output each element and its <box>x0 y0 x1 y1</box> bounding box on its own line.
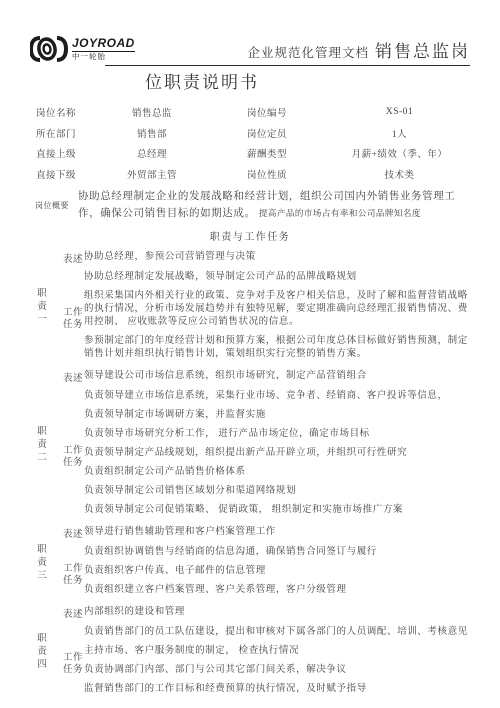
tasks-label: 工作 任务 <box>54 445 84 469</box>
table-row: 直接下级 外贸部主管 岗位性质 技术类 <box>30 164 470 185</box>
duty-number: 职 责 三 <box>30 523 54 603</box>
summary-label: 岗位概要 <box>30 189 78 222</box>
task-item: 负责领导市场研究分析工作， 进行产品市场定位，确定市场目标 <box>84 428 470 441</box>
page-title-part2: 位职责说明书 <box>145 68 470 93</box>
task-item: 负责组织客户传真、电子邮件的信息管理 <box>84 565 470 578</box>
field-label: 薪酬类型 <box>222 146 319 160</box>
duty-statement: 领导建设公司市场信息系统，组织市场研究，制定产品营销组合 <box>84 370 367 384</box>
brand-subtitle: 中一轮胎 <box>72 51 135 61</box>
duty-block-1: 职 责 一 表述 协助总经理，参预公司营销管理与决策 工作 任务 协助总经理制定… <box>30 248 470 367</box>
table-row: 直接上级 总经理 薪酬类型 月薪+绩效（季、年） <box>30 143 470 164</box>
duty-statement: 内部组织的建设和管理 <box>84 606 185 620</box>
task-item: 负责组织制定公司产品销售价格体系 <box>84 466 470 479</box>
position-info-table: 岗位名称 销售总监 岗位编号 XS-01 所在部门 销售部 岗位定员 1人 直接… <box>30 102 470 184</box>
task-item: 负责领导制定公司促销策略、 促销政策， 组织制定和实施市场推广方案 <box>84 504 470 517</box>
joyroad-logo-icon <box>30 36 68 62</box>
company-logo: JOYROAD 中一轮胎 <box>30 36 135 62</box>
duty-number: 职 责 一 <box>30 248 54 367</box>
statement-label: 表述 <box>54 526 84 540</box>
duty-number: 职 责 四 <box>30 603 54 702</box>
field-value: XS-01 <box>319 107 470 117</box>
task-item: 组织采集国内外相关行业的政策、竞争对手及客户相关信息，及时了解和监督营销战略的执… <box>84 290 470 329</box>
tasks-label: 工作 任务 <box>54 652 84 676</box>
field-label: 岗位定员 <box>222 126 319 140</box>
header-divider <box>105 65 470 66</box>
task-item: 协助总经理制定发展战略，领导制定公司产品的品牌战略规划 <box>84 271 470 284</box>
field-value: 外贸部主管 <box>82 167 222 181</box>
statement-label: 表述 <box>54 251 84 265</box>
field-value: 总经理 <box>82 146 222 160</box>
tasks-label: 工作 任务 <box>54 307 84 331</box>
document-header: JOYROAD 中一轮胎 企业规范化管理文档 销售总监岗 位职责说明书 <box>30 36 470 93</box>
task-item: 参预制定部门的年度经营计划和预算方案，根据公司年度总体目标做好销售预测，制定销售… <box>84 335 470 361</box>
task-item: 负责领导制定公司销售区域划分和渠道网络规划 <box>84 485 470 498</box>
field-label: 岗位性质 <box>222 167 319 181</box>
task-item: 负责领导制定产品线规划，组织提出新产品开辟立项，并组织可行性研究 <box>84 447 470 460</box>
brand-name: JOYROAD <box>72 37 135 49</box>
duty-number: 职 责 二 <box>30 367 54 523</box>
summary-note: 提高产品的市场占有率和公司品牌知名度 <box>259 208 421 218</box>
field-value: 1人 <box>319 126 470 140</box>
duty-block-3: 职 责 三 表述 领导进行销售辅助管理和客户档案管理工作 工作 任务 负责组织协… <box>30 523 470 603</box>
doc-type-label: 企业规范化管理文档 <box>247 43 369 61</box>
table-row: 岗位名称 销售总监 岗位编号 XS-01 <box>30 102 470 123</box>
field-label: 直接上级 <box>30 146 82 160</box>
duty-block-2: 职 责 二 表述 领导建设公司市场信息系统，组织市场研究，制定产品营销组合 工作… <box>30 367 470 523</box>
task-item: 负责组织建立客户档案管理、客户关系管理，客户分级管理 <box>84 584 470 597</box>
statement-label: 表述 <box>54 370 84 384</box>
duty-statement: 领导进行销售辅助管理和客户档案管理工作 <box>84 526 276 540</box>
field-value: 技术类 <box>319 167 470 181</box>
field-label: 所在部门 <box>30 126 82 140</box>
table-row: 所在部门 销售部 岗位定员 1人 <box>30 123 470 144</box>
task-item: 负责领导制定市场调研方案，并监督实施 <box>84 409 470 422</box>
task-item: 负责组织协调销售与经销商的信息沟通，确保销售合同签订与履行 <box>84 546 470 559</box>
task-item: 负责协调部门内部、部门与公司其它部门间关系，解决争议 <box>84 664 470 677</box>
field-value: 销售部 <box>82 126 222 140</box>
summary-text: 协助总经理制定企业的发展战略和经营计划，组织公司国内外销售业务管理工作，确保公司… <box>78 189 470 222</box>
position-summary: 岗位概要 协助总经理制定企业的发展战略和经营计划，组织公司国内外销售业务管理工作… <box>30 189 470 222</box>
field-label: 岗位名称 <box>30 105 82 119</box>
tasks-label: 工作 任务 <box>54 563 84 587</box>
duty-block-4: 职 责 四 表述 内部组织的建设和管理 工作 任务 负责销售部门的员工队伍建设，… <box>30 603 470 702</box>
field-label: 直接下级 <box>30 167 82 181</box>
statement-label: 表述 <box>54 606 84 620</box>
task-item: 负责领导建立市场信息系统，采集行业市场、竞争者、经销商、客户投诉等信息， <box>84 390 470 403</box>
duty-statement: 协助总经理，参预公司营销管理与决策 <box>84 251 256 265</box>
field-value: 月薪+绩效（季、年） <box>319 146 470 160</box>
section-title: 职责与工作任务 <box>30 228 470 243</box>
field-value: 销售总监 <box>82 105 222 119</box>
task-item: 负责销售部门的员工队伍建设，提出和审核对下属各部门的人员调配、培训、考核意见 <box>84 626 470 639</box>
field-label: 岗位编号 <box>222 105 319 119</box>
task-item: 监督销售部门的工作目标和经费预算的执行情况，及时赋予指导 <box>84 683 470 696</box>
page-title-part1: 销售总监岗 <box>375 37 470 62</box>
task-item: 主持市场、客户服务制度的制定， 检查执行情况 <box>84 645 470 658</box>
job-description-document: JOYROAD 中一轮胎 企业规范化管理文档 销售总监岗 位职责说明书 岗位名称… <box>0 0 500 708</box>
